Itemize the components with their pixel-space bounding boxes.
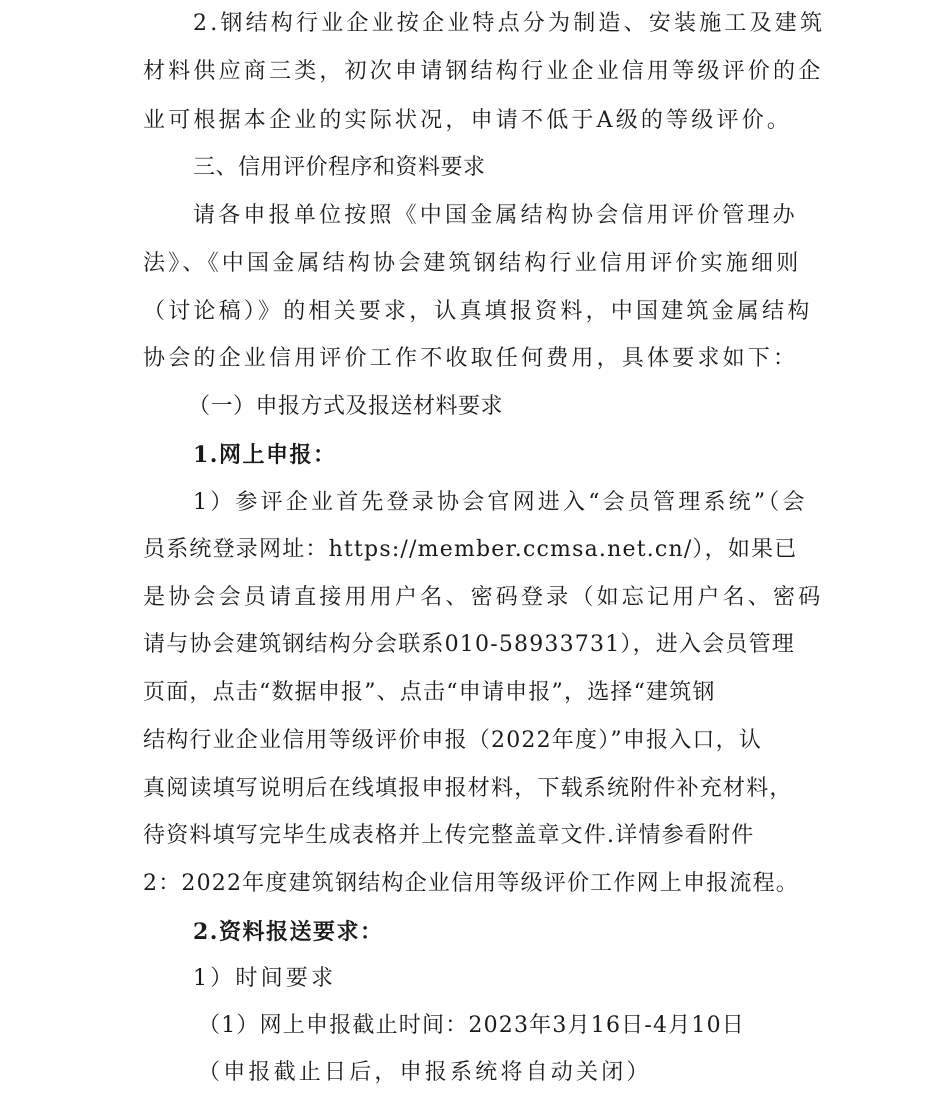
paragraph-line: （1）网上申报截止时间：2023年3月16日-4月10日 [198,1002,745,1050]
paragraph-line: 1）时间要求 [193,955,336,1003]
paragraph-line: 员系统登录网址：https://member.ccmsa.net.cn/），如果… [143,526,797,574]
subsection-heading: （一）申报方式及报送材料要求 [188,383,503,431]
paragraph-line: 请与协会建筑钢结构分会联系010-58933731），进入会员管理 [143,621,795,669]
section-heading: 三、信用评价程序和资料要求 [193,144,486,192]
paragraph-line: 待资料填写完毕生成表格并上传完整盖章文件.详情参看附件 [143,812,754,860]
item-heading: 1.网上申报： [193,431,336,479]
paragraph-line: （讨论稿）》的相关要求，认真填报资料，中国建筑金属结构 [143,288,812,336]
paragraph-line: 2.钢结构行业企业按企业特点分为制造、安装施工及建筑 [193,0,825,48]
paragraph-line: 2：2022年度建筑钢结构企业信用等级评价工作网上申报流程。 [143,860,799,908]
paragraph-line: 是协会会员请直接用用户名、密码登录（如忘记用户名、密码 [143,574,823,622]
paragraph-line: （申报截止日后，申报系统将自动关闭） [198,1049,652,1097]
paragraph-line: 1）参评企业首先登录协会官网进入“会员管理系统”（会 [193,479,808,527]
paragraph-line: 请各申报单位按照《中国金属结构协会信用评价管理办 [193,192,798,240]
item-heading: 2.资料报送要求： [193,908,383,956]
paragraph-line: 材料供应商三类，初次申请钢结构行业企业信用等级评价的企 [143,48,823,96]
paragraph-line: 法》、《中国金属结构协会建筑钢结构行业信用评价实施细则 [143,240,801,288]
paragraph-line: 业可根据本企业的实际状况，申请不低于A级的等级评价。 [143,97,792,145]
paragraph-line: 结构行业企业信用等级评价申报（2022年度）”申报入口，认 [143,717,762,765]
paragraph-line: 真阅读填写说明后在线填报申报材料，下载系统附件补充材料， [143,765,793,813]
paragraph-line: 页面，点击“数据申报”、点击“申请申报”，选择“建筑钢 [143,669,716,717]
paragraph-line: 协会的企业信用评价工作不收取任何费用，具体要求如下： [143,335,798,383]
